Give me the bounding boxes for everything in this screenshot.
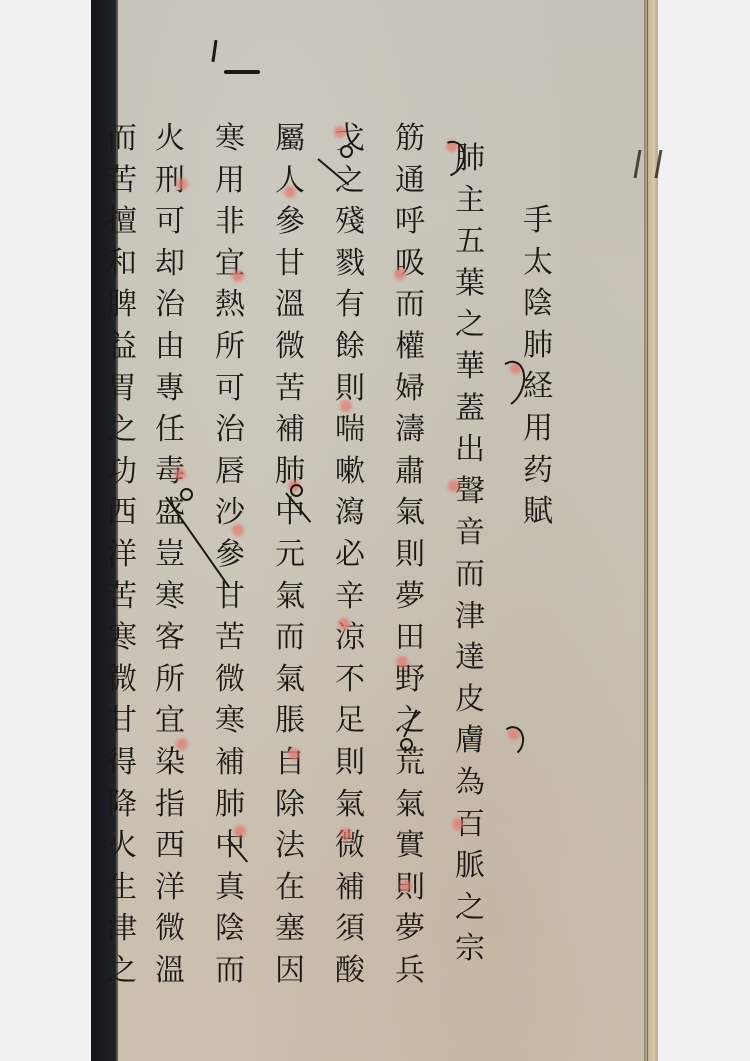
character: 夢 [390,576,430,618]
character: 苦 [102,160,142,202]
character: 用 [518,408,558,450]
character: 呼 [390,201,430,243]
character: 洋 [150,867,190,909]
punctuation-circle [290,484,303,497]
character: 溫 [150,950,190,992]
character: 氣 [270,576,310,618]
character: 因 [270,950,310,992]
character: 法 [270,825,310,867]
character: 非 [210,201,250,243]
character: 達 [450,637,490,679]
red-dot [176,178,188,190]
character: 降 [102,784,142,826]
character: 生 [102,867,142,909]
character: 胃 [102,368,142,410]
character: 權 [390,326,430,368]
character: 甘 [210,576,250,618]
character: 苦 [270,368,310,410]
character: 必 [330,534,370,576]
character: 筋 [390,118,430,160]
character: 治 [210,409,250,451]
character: 有 [330,284,370,326]
character: 洋 [102,534,142,576]
character: 除 [270,784,310,826]
character: 陰 [210,908,250,950]
red-dot [394,268,406,280]
character: 肺 [518,325,558,367]
character: 辛 [330,576,370,618]
character: 西 [102,492,142,534]
character: 補 [330,867,370,909]
character: 之 [330,160,370,202]
character: 戮 [330,243,370,285]
character: 陰 [518,283,558,325]
character: 真 [210,867,250,909]
character: 西 [150,825,190,867]
character: 而 [390,284,430,326]
character: 益 [102,326,142,368]
character: 膚 [450,720,490,762]
character: 出 [450,429,490,471]
character: 華 [450,346,490,388]
character: 宜 [150,700,190,742]
character: 可 [210,368,250,410]
red-dot [448,480,460,492]
character: 蓋 [450,388,490,430]
character: 苦 [210,617,250,659]
character: 補 [210,742,250,784]
character: 喘 [330,409,370,451]
character: 參 [270,201,310,243]
character: 而 [450,554,490,596]
character: 寒 [210,118,250,160]
character: 可 [150,201,190,243]
character: 客 [150,617,190,659]
character: 指 [150,784,190,826]
character: 田 [390,617,430,659]
character: 為 [450,762,490,804]
title-column: 手太陰肺経用药賦 [518,200,558,533]
red-dot [340,400,352,412]
character: 擅 [102,201,142,243]
red-dot [232,270,244,282]
character: 溫 [270,284,310,326]
character: 氣 [390,784,430,826]
character: 微 [210,659,250,701]
character: 火 [102,825,142,867]
character: 肅 [390,451,430,493]
character: 微 [150,908,190,950]
character: 药 [518,450,558,492]
character: 用 [210,160,250,202]
red-dot [340,828,352,840]
character: 通 [390,160,430,202]
character: 在 [270,867,310,909]
character: 脹 [270,700,310,742]
character: 兵 [390,950,430,992]
character: 所 [210,326,250,368]
character: 須 [330,908,370,950]
punctuation-circle [340,145,353,158]
character: 足 [330,700,370,742]
character: 寒 [210,700,250,742]
character: 之 [450,887,490,929]
character: 微 [102,659,142,701]
character: 專 [150,368,190,410]
character: 不 [330,659,370,701]
character: 塞 [270,908,310,950]
character: 而 [270,617,310,659]
text-column: 筋通呼吸而權婦濤肅氣則夢田野之荒氣實則夢兵 [390,118,430,991]
character: 音 [450,512,490,554]
character: 手 [518,200,558,242]
character: 唇 [210,451,250,493]
character: 而 [210,950,250,992]
character: 豈 [150,534,190,576]
text-column: 肺主五葉之華蓋出聲音而津達皮膚為百脈之宗 [450,138,490,970]
character: 脈 [450,845,490,887]
character: 治 [150,284,190,326]
punctuation-circle [400,738,413,751]
character: 肺 [210,784,250,826]
character: 之 [102,409,142,451]
red-dot [234,825,246,837]
character: 寒 [102,617,142,659]
character: 甘 [102,700,142,742]
character: 甘 [270,243,310,285]
red-dot [176,738,188,750]
dash-stroke [224,70,260,74]
character: 婦 [390,368,430,410]
character: 微 [270,326,310,368]
character: 瀉 [330,492,370,534]
text-column: 火刑可却治由專任毒盛豈寒客所宜染指西洋微溫 [150,118,190,991]
character: 脾 [102,284,142,326]
character: 元 [270,534,310,576]
character: 氣 [270,659,310,701]
character: 氣 [330,784,370,826]
red-dot [288,748,300,760]
character: 殘 [330,201,370,243]
character: 則 [390,534,430,576]
character: 由 [150,326,190,368]
character: 主 [450,180,490,222]
red-dot [396,656,408,668]
red-dot [400,880,412,892]
character: 之 [102,950,142,992]
text-column: 而苦擅和脾益胃之功西洋苦寒微甘得降火生津之 [102,118,142,991]
red-dot [338,618,350,630]
character: 五 [450,221,490,263]
character: 氣 [390,492,430,534]
character: 却 [150,243,190,285]
character: 補 [270,409,310,451]
character: 之 [450,304,490,346]
character: 實 [390,825,430,867]
red-dot [452,818,464,830]
character: 葉 [450,263,490,305]
red-dot [174,468,186,480]
character: 任 [150,409,190,451]
character: 熱 [210,284,250,326]
manuscript-page [116,0,646,1061]
paper-tear-mark [634,150,663,178]
character: 沙 [210,492,250,534]
character: 夢 [390,908,430,950]
character: 酸 [330,950,370,992]
character: 嗽 [330,451,370,493]
character: 得 [102,742,142,784]
character: 宗 [450,928,490,970]
character: 所 [150,659,190,701]
character: 餘 [330,326,370,368]
character: 屬 [270,118,310,160]
character: 而 [102,118,142,160]
character: 皮 [450,679,490,721]
character: 和 [102,243,142,285]
character: 津 [450,596,490,638]
character: 津 [102,908,142,950]
text-column: 戈之殘戮有餘則喘嗽瀉必辛涼不足則氣微補須酸 [330,118,370,991]
character: 則 [330,742,370,784]
character: 濤 [390,409,430,451]
character: 火 [150,118,190,160]
text-column: 屬人參甘溫微苦補肺中元氣而氣脹自除法在塞因 [270,118,310,991]
character: 寒 [150,576,190,618]
character: 涼 [330,617,370,659]
red-dot [232,524,244,536]
character: 功 [102,451,142,493]
character: 苦 [102,576,142,618]
character: 賦 [518,491,558,533]
character: 太 [518,242,558,284]
red-dot [284,186,296,198]
character: 宜 [210,243,250,285]
punctuation-circle [180,488,193,501]
red-dot [334,126,346,138]
